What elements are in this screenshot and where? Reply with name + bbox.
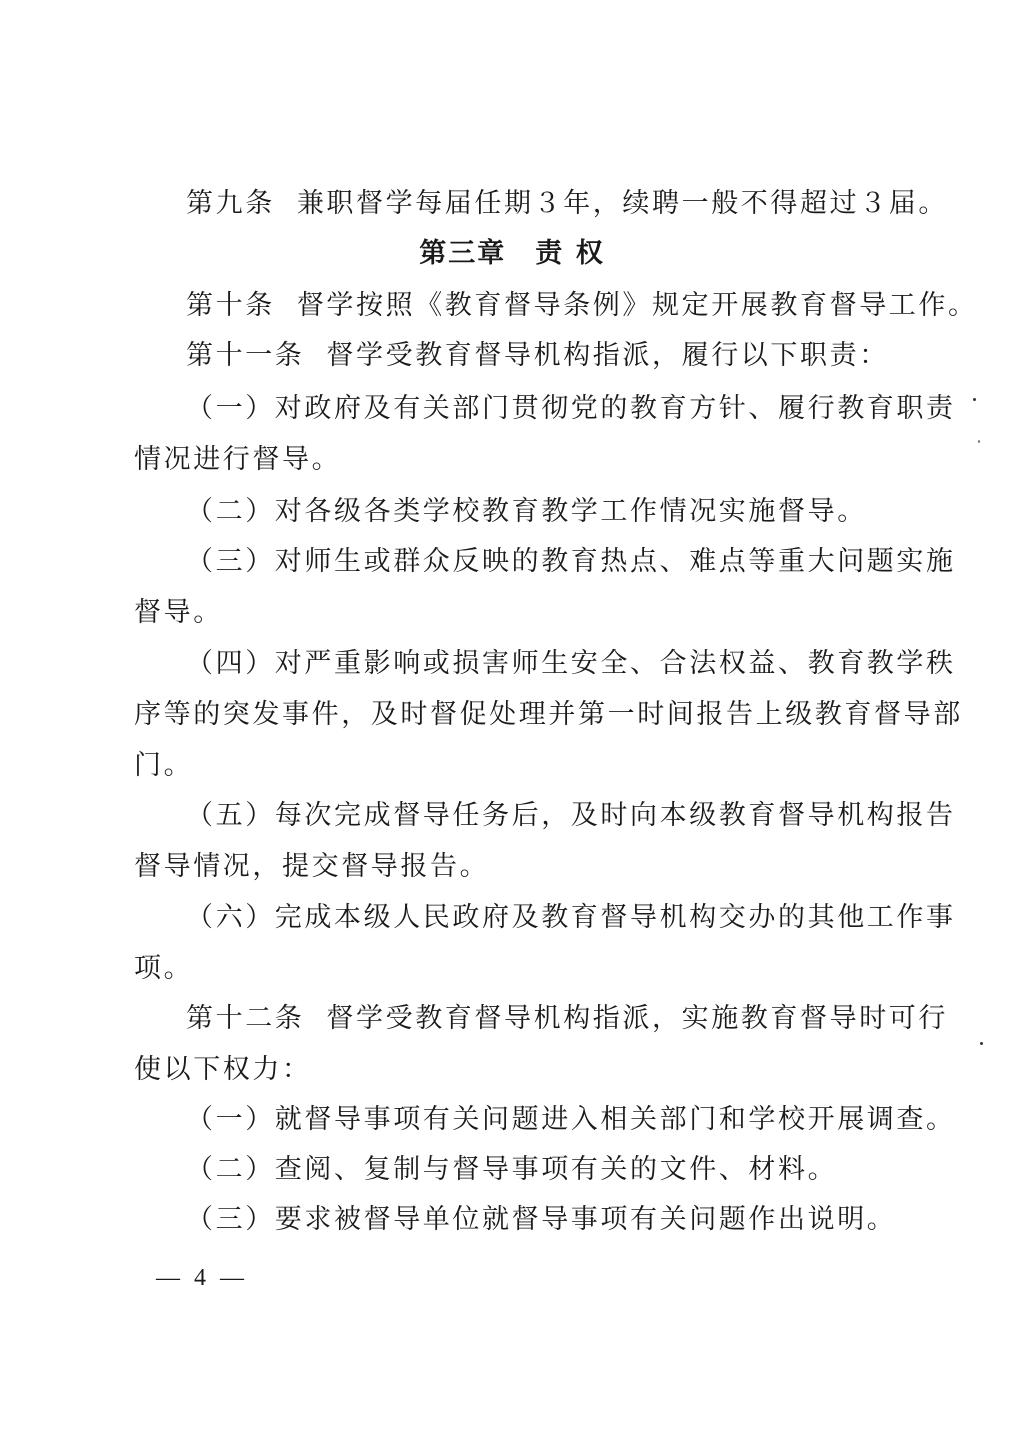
duty-item-5-line1: （五）每次完成督导任务后，及时向本级教育督导机构报告 [186,800,956,832]
duty-item-3-line1: （三）对师生或群众反映的教育热点、难点等重大问题实施 [186,546,956,578]
power-item-2: （二）查阅、复制与督导事项有关的文件、材料。 [186,1154,837,1186]
scan-speck [973,398,976,401]
article-label: 第十二条 [186,1003,304,1034]
power-item-3: （三）要求被督导单位就督导事项有关问题作出说明。 [186,1204,896,1236]
scan-speck [978,440,980,443]
article-text: 督学受教育督导机构指派，实施教育督导时可行 [326,1003,948,1034]
article-text: 督学受教育督导机构指派，履行以下职责： [326,340,888,371]
article-10: 第十条督学按照《教育督导条例》规定开展教育督导工作。 [186,290,978,322]
article-label: 第九条 [186,188,275,219]
duty-item-3-line2: 督导。 [134,597,223,629]
duty-item-5-line2: 督导情况，提交督导报告。 [134,851,489,883]
article-9: 第九条兼职督学每届任期３年，续聘一般不得超过３届。 [186,188,948,220]
power-item-1: （一）就督导事项有关问题进入相关部门和学校开展调查。 [186,1104,956,1136]
duty-item-4-line2: 序等的突发事件，及时督促处理并第一时间报告上级教育督导部 [134,699,963,731]
article-12-line2: 使以下权力： [134,1054,312,1086]
chapter-heading: 第三章 责 权 [0,238,1024,270]
duty-item-4-line3: 门。 [134,750,193,782]
scan-speck [980,1042,983,1045]
article-text: 兼职督学每届任期３年，续聘一般不得超过３届。 [297,188,948,219]
article-11: 第十一条督学受教育督导机构指派，履行以下职责： [186,340,889,372]
article-label: 第十条 [186,290,275,321]
duty-item-6-line1: （六）完成本级人民政府及教育督导机构交办的其他工作事 [186,902,956,934]
duty-item-4-line1: （四）对严重影响或损害师生安全、合法权益、教育教学秩 [186,648,956,680]
document-page: 第九条兼职督学每届任期３年，续聘一般不得超过３届。 第三章 责 权 第十条督学按… [0,0,1024,1448]
duty-item-6-line2: 项。 [134,953,193,985]
article-12: 第十二条督学受教育督导机构指派，实施教育督导时可行 [186,1003,948,1035]
page-number: — 4 — [156,1262,248,1294]
article-text: 督学按照《教育督导条例》规定开展教育督导工作。 [297,290,978,321]
duty-item-1-line1: （一）对政府及有关部门贯彻党的教育方针、履行教育职责 [186,393,956,425]
article-label: 第十一条 [186,340,304,371]
duty-item-2-line1: （二）对各级各类学校教育教学工作情况实施督导。 [186,496,867,528]
duty-item-1-line2: 情况进行督导。 [134,444,341,476]
